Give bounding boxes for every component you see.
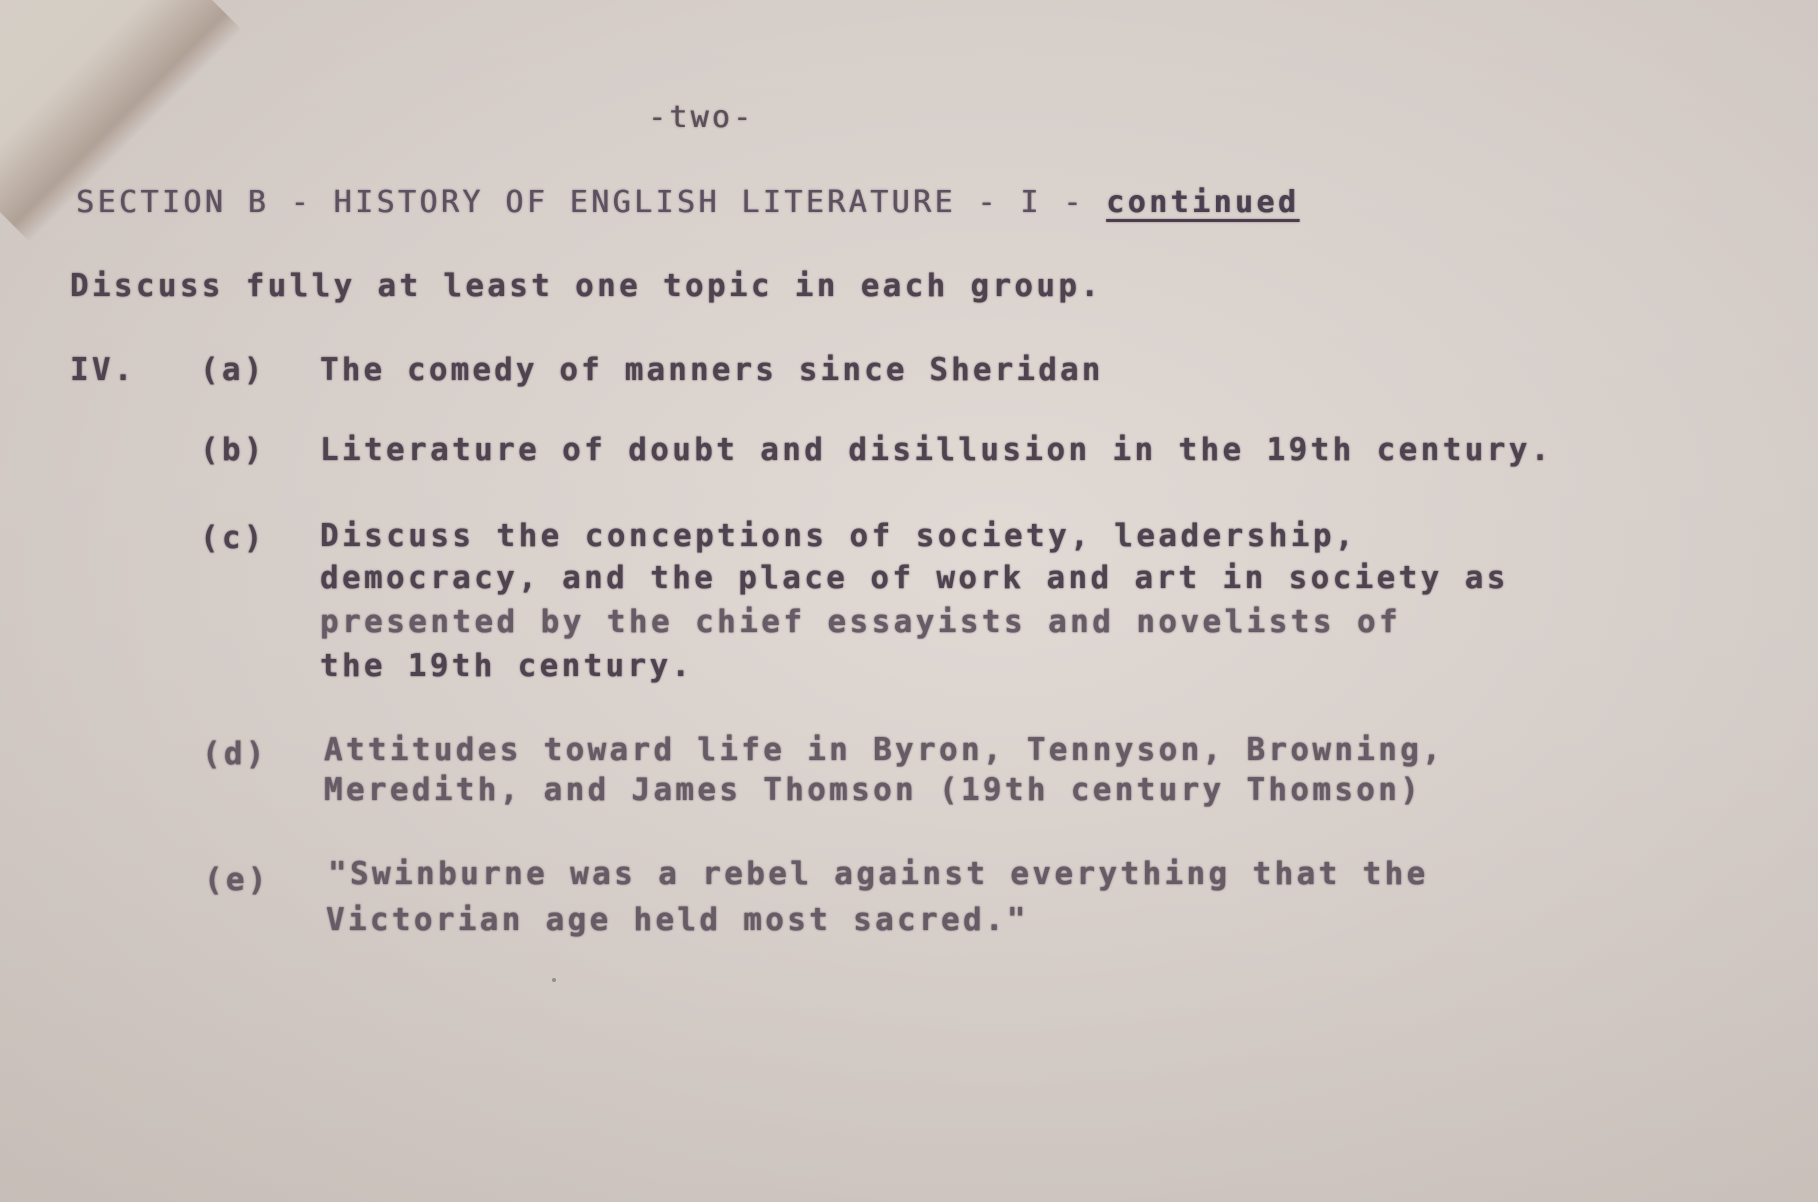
item-a-label: (a) (200, 352, 266, 388)
item-d-line-2: Meredith, and James Thomson (19th centur… (324, 772, 1422, 808)
item-e-line-2: Victorian age held most sacred." (326, 902, 1029, 938)
item-b-label: (b) (200, 432, 266, 468)
ink-speck (552, 978, 556, 982)
instructions-text: Discuss fully at least one topic in each… (70, 268, 1102, 304)
item-c-line-2: democracy, and the place of work and art… (320, 560, 1509, 596)
item-e-label: (e) (204, 862, 270, 898)
item-b-text: Literature of doubt and disillusion in t… (320, 432, 1553, 468)
group-numeral: IV. (70, 352, 136, 388)
item-d-line-1: Attitudes toward life in Byron, Tennyson… (324, 732, 1444, 768)
item-c-line-4: the 19th century. (320, 648, 693, 684)
item-a-text: The comedy of manners since Sheridan (320, 352, 1104, 388)
page-number-label: -two- (648, 100, 754, 135)
section-header-title: SECTION B - HISTORY OF ENGLISH LITERATUR… (76, 185, 1106, 220)
item-d-label: (d) (202, 736, 268, 772)
section-header: SECTION B - HISTORY OF ENGLISH LITERATUR… (76, 185, 1299, 220)
item-c-line-1: Discuss the conceptions of society, lead… (320, 518, 1357, 554)
typewritten-page (0, 0, 1818, 1202)
section-header-continued: continued (1106, 185, 1299, 220)
item-c-line-3: presented by the chief essayists and nov… (320, 604, 1401, 640)
item-e-line-1: "Swinburne was a rebel against everythin… (328, 856, 1429, 892)
item-c-label: (c) (200, 520, 266, 556)
